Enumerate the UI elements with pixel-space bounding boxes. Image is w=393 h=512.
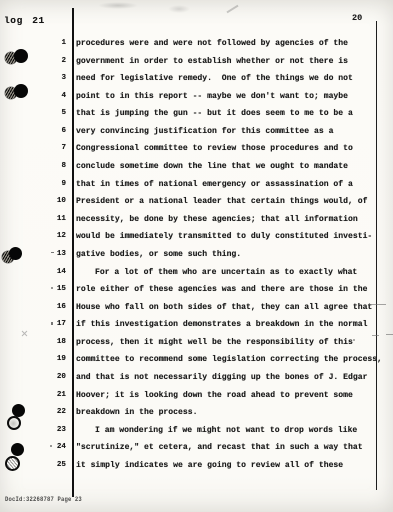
scan-speck [51,252,54,253]
ink-ring [7,416,21,430]
line-number: 11 [38,215,66,223]
line-number: 9 [38,180,66,188]
transcript-line: 21Hoover; it is looking down the road ah… [0,391,393,405]
transcript-line: 11necessity, be done by these agencies; … [0,215,393,229]
ink-blot [2,247,23,264]
line-number: 2 [38,57,66,65]
line-text: necessity, be done by these agencies; th… [76,215,358,224]
ink-blot-solid [9,247,22,260]
line-text: would be immediately transmitted to duly… [76,232,372,241]
line-number: 12 [38,232,66,240]
line-text: President or a national leader that cert… [76,197,367,206]
ink-blot [5,84,28,100]
line-text: process, then it might well be the respo… [76,338,353,347]
line-number: 23 [38,426,66,434]
scan-speck [51,287,53,289]
transcript-line: 7Congressional committee to review those… [0,144,393,158]
pencil-dot [353,339,355,341]
scan-speck [51,322,53,325]
ink-blot-solid [14,84,28,98]
transcript-line: 13gative bodies, or some such thing. [0,250,393,264]
line-text: conclude sometime down the line that we … [76,162,348,171]
line-number: 20 [38,373,66,381]
transcript-line: 16House who fall on both sides of that, … [0,303,393,317]
line-number: 25 [38,461,66,469]
pencil-dash [386,334,393,335]
transcript-line: 10President or a national leader that ce… [0,197,393,211]
line-text: and that is not necessarily digging up t… [76,373,367,382]
transcript-line: 24"scrutinize," et cetera, and recast th… [0,443,393,457]
line-text: that is jumping the gun -- but it does s… [76,109,353,118]
pencil-dash [368,304,386,305]
transcript-line: 6very convincing justification for this … [0,127,393,141]
line-number: 18 [38,338,66,346]
line-number: 6 [38,127,66,135]
ink-blot-solid [14,49,28,63]
line-text: need for legislative remedy. One of the … [76,74,353,83]
line-number: 5 [38,109,66,117]
line-number: 19 [38,355,66,363]
transcript-line: 23I am wondering if we might not want to… [0,426,393,440]
transcript-line: 9that in times of national emergency or … [0,180,393,194]
line-text: For a lot of them who are uncertain as t… [95,268,357,277]
line-number: 1 [38,39,66,47]
transcript-line: 14For a lot of them who are uncertain as… [0,268,393,282]
line-text: very convincing justification for this c… [76,127,333,136]
line-number: 21 [38,391,66,399]
transcript-line: 20and that is not necessarily digging up… [0,373,393,387]
ink-blot [5,49,28,65]
transcript-line: 1procedures were and were not followed b… [0,39,393,53]
transcript-line: 2government in order to establish whethe… [0,57,393,71]
scan-smudge [226,5,238,14]
transcript-line: 3need for legislative remedy. One of the… [0,74,393,88]
line-text: if this investigation demonstrates a bre… [76,320,367,329]
line-text: procedures were and were not followed by… [76,39,348,48]
scan-smudge [98,2,138,9]
line-number: 10 [38,197,66,205]
line-text: committee to recommend some legislation … [76,355,382,364]
line-number: 22 [38,408,66,416]
line-number: 16 [38,303,66,311]
line-text: it simply indicates we are going to revi… [76,461,343,470]
page-number: 20 [352,13,362,23]
transcript-line: 5that is jumping the gun -- but it does … [0,109,393,123]
scan-smudge [168,5,190,13]
ink-dot [11,443,24,456]
line-text: I am wondering if we might not want to d… [95,426,357,435]
line-number: 8 [38,162,66,170]
scan-speck [50,445,52,447]
line-text: Congressional committee to review those … [76,144,353,153]
ink-ring [5,456,20,471]
scanned-transcript-page: log 21 20 1procedures were and were not … [0,0,393,512]
transcript-line: 25it simply indicates we are going to re… [0,461,393,475]
handwritten-note: log 21 [4,15,45,26]
line-number: 14 [38,268,66,276]
pencil-dash [372,335,379,336]
line-text: point to in this report -- maybe we don'… [76,92,348,101]
line-text: gative bodies, or some such thing. [76,250,241,259]
line-number: 24 [38,443,66,451]
line-text: House who fall on both sides of that, th… [76,303,372,312]
document-id-footer: DocId:32268787 Page 23 [5,496,82,503]
transcript-line: 19committee to recommend some legislatio… [0,355,393,369]
line-text: that in times of national emergency or a… [76,180,353,189]
line-text: role either of these agencies was and th… [76,285,367,294]
transcript-line: 12would be immediately transmitted to du… [0,232,393,246]
line-text: "scrutinize," et cetera, and recast that… [76,443,363,452]
line-text: Hoover; it is looking down the road ahea… [76,391,353,400]
transcript-line: 18process, then it might well be the res… [0,338,393,352]
transcript-line: 17if this investigation demonstrates a b… [0,320,393,334]
line-text: government in order to establish whether… [76,57,348,66]
line-number: 4 [38,92,66,100]
transcript-line: 15role either of these agencies was and … [0,285,393,299]
line-number: 7 [38,144,66,152]
line-text: breakdown in the process. [76,408,197,417]
pencil-x-mark [21,330,28,337]
transcript-line: 22breakdown in the process. [0,408,393,422]
transcript-line: 8conclude sometime down the line that we… [0,162,393,176]
transcript-line: 4point to in this report -- maybe we don… [0,92,393,106]
line-number: 3 [38,74,66,82]
